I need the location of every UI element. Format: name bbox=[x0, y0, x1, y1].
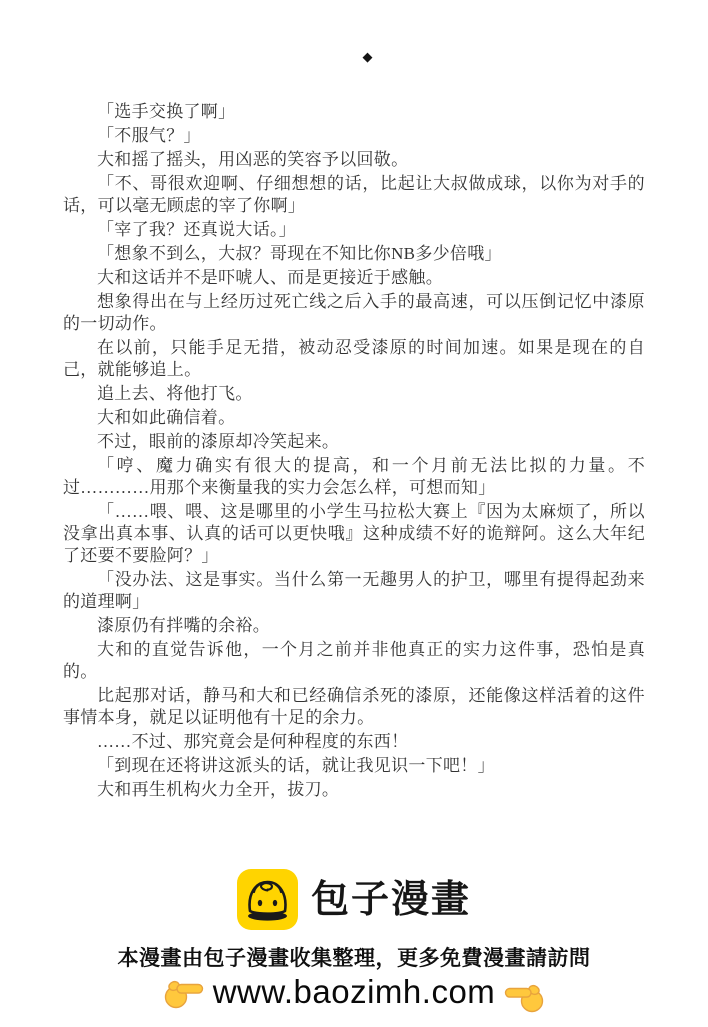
brand-wordmark: 包子漫畫 bbox=[311, 881, 471, 919]
paragraph: 大和再生机构火力全开，拔刀。 bbox=[63, 779, 645, 801]
novel-text: 「选手交换了啊」「不服气？」大和摇了摇头，用凶恶的笑容予以回敬。「不、哥很欢迎啊… bbox=[63, 101, 645, 801]
paragraph: 「想象不到么，大叔？哥现在不知比你NB多少倍哦」 bbox=[63, 243, 645, 265]
paragraph: 「没办法、这是事实。当什么第一无趣男人的护卫，哪里有提得起劲来的道理啊」 bbox=[63, 569, 645, 613]
diamond-section-divider: ◆ bbox=[0, 0, 708, 65]
paragraph: 漆原仍有拌嘴的余裕。 bbox=[63, 615, 645, 637]
paragraph: 想象得出在与上经历过死亡线之后入手的最高速，可以压倒记忆中漆原的一切动作。 bbox=[63, 291, 645, 335]
brand-logo-row: 包子漫畫 bbox=[0, 868, 708, 931]
watermark-notice: 本漫畫由包子漫畫收集整理，更多免費漫畫請訪問 bbox=[0, 942, 708, 972]
paragraph: 大和如此确信着。 bbox=[63, 407, 645, 429]
paragraph: ……不过、那究竟会是何种程度的东西！ bbox=[63, 731, 645, 753]
paragraph: 大和摇了摇头，用凶恶的笑容予以回敬。 bbox=[63, 149, 645, 171]
baozi-bun-logo-icon bbox=[237, 869, 298, 930]
paragraph: 追上去、将他打飞。 bbox=[63, 383, 645, 405]
paragraph: 「到现在还将讲这派头的话，就让我见识一下吧！」 bbox=[63, 755, 645, 777]
watermark-footer: 包子漫畫 本漫畫由包子漫畫收集整理，更多免費漫畫請訪問 www.baozimh.… bbox=[0, 868, 708, 1010]
paragraph: 「不服气？」 bbox=[63, 125, 645, 147]
paragraph: 「宰了我？还真说大话。」 bbox=[63, 219, 645, 241]
paragraph: 「选手交换了啊」 bbox=[63, 101, 645, 123]
paragraph: 「不、哥很欢迎啊、仔细想想的话，比起让大叔做成球，以你为对手的话，可以毫无顾虑的… bbox=[63, 173, 645, 217]
novel-page: ◆ 「选手交换了啊」「不服气？」大和摇了摇头，用凶恶的笑容予以回敬。「不、哥很欢… bbox=[0, 0, 708, 1027]
paragraph: 「……喂、喂、这是哪里的小学生马拉松大赛上『因为太麻烦了，所以没拿出真本事、认真… bbox=[63, 501, 645, 567]
site-url-row: www.baozimh.com bbox=[0, 974, 708, 1010]
paragraph: 「哼、魔力确实有很大的提高，和一个月前无法比拟的力量。不过…………用那个来衡量我… bbox=[63, 455, 645, 499]
paragraph: 大和这话并不是吓唬人、而是更接近于感触。 bbox=[63, 267, 645, 289]
paragraph: 大和的直觉告诉他，一个月之前并非他真正的实力这件事，恐怕是真的。 bbox=[63, 639, 645, 683]
pointing-left-hand-icon bbox=[504, 982, 544, 1014]
paragraph: 不过，眼前的漆原却冷笑起来。 bbox=[63, 431, 645, 453]
site-url: www.baozimh.com bbox=[213, 974, 496, 1010]
paragraph: 比起那对话，静马和大和已经确信杀死的漆原，还能像这样活着的这件事情本身，就足以证… bbox=[63, 685, 645, 729]
pointing-right-hand-icon bbox=[164, 978, 204, 1010]
paragraph: 在以前，只能手足无措，被动忍受漆原的时间加速。如果是现在的自己，就能够追上。 bbox=[63, 337, 645, 381]
